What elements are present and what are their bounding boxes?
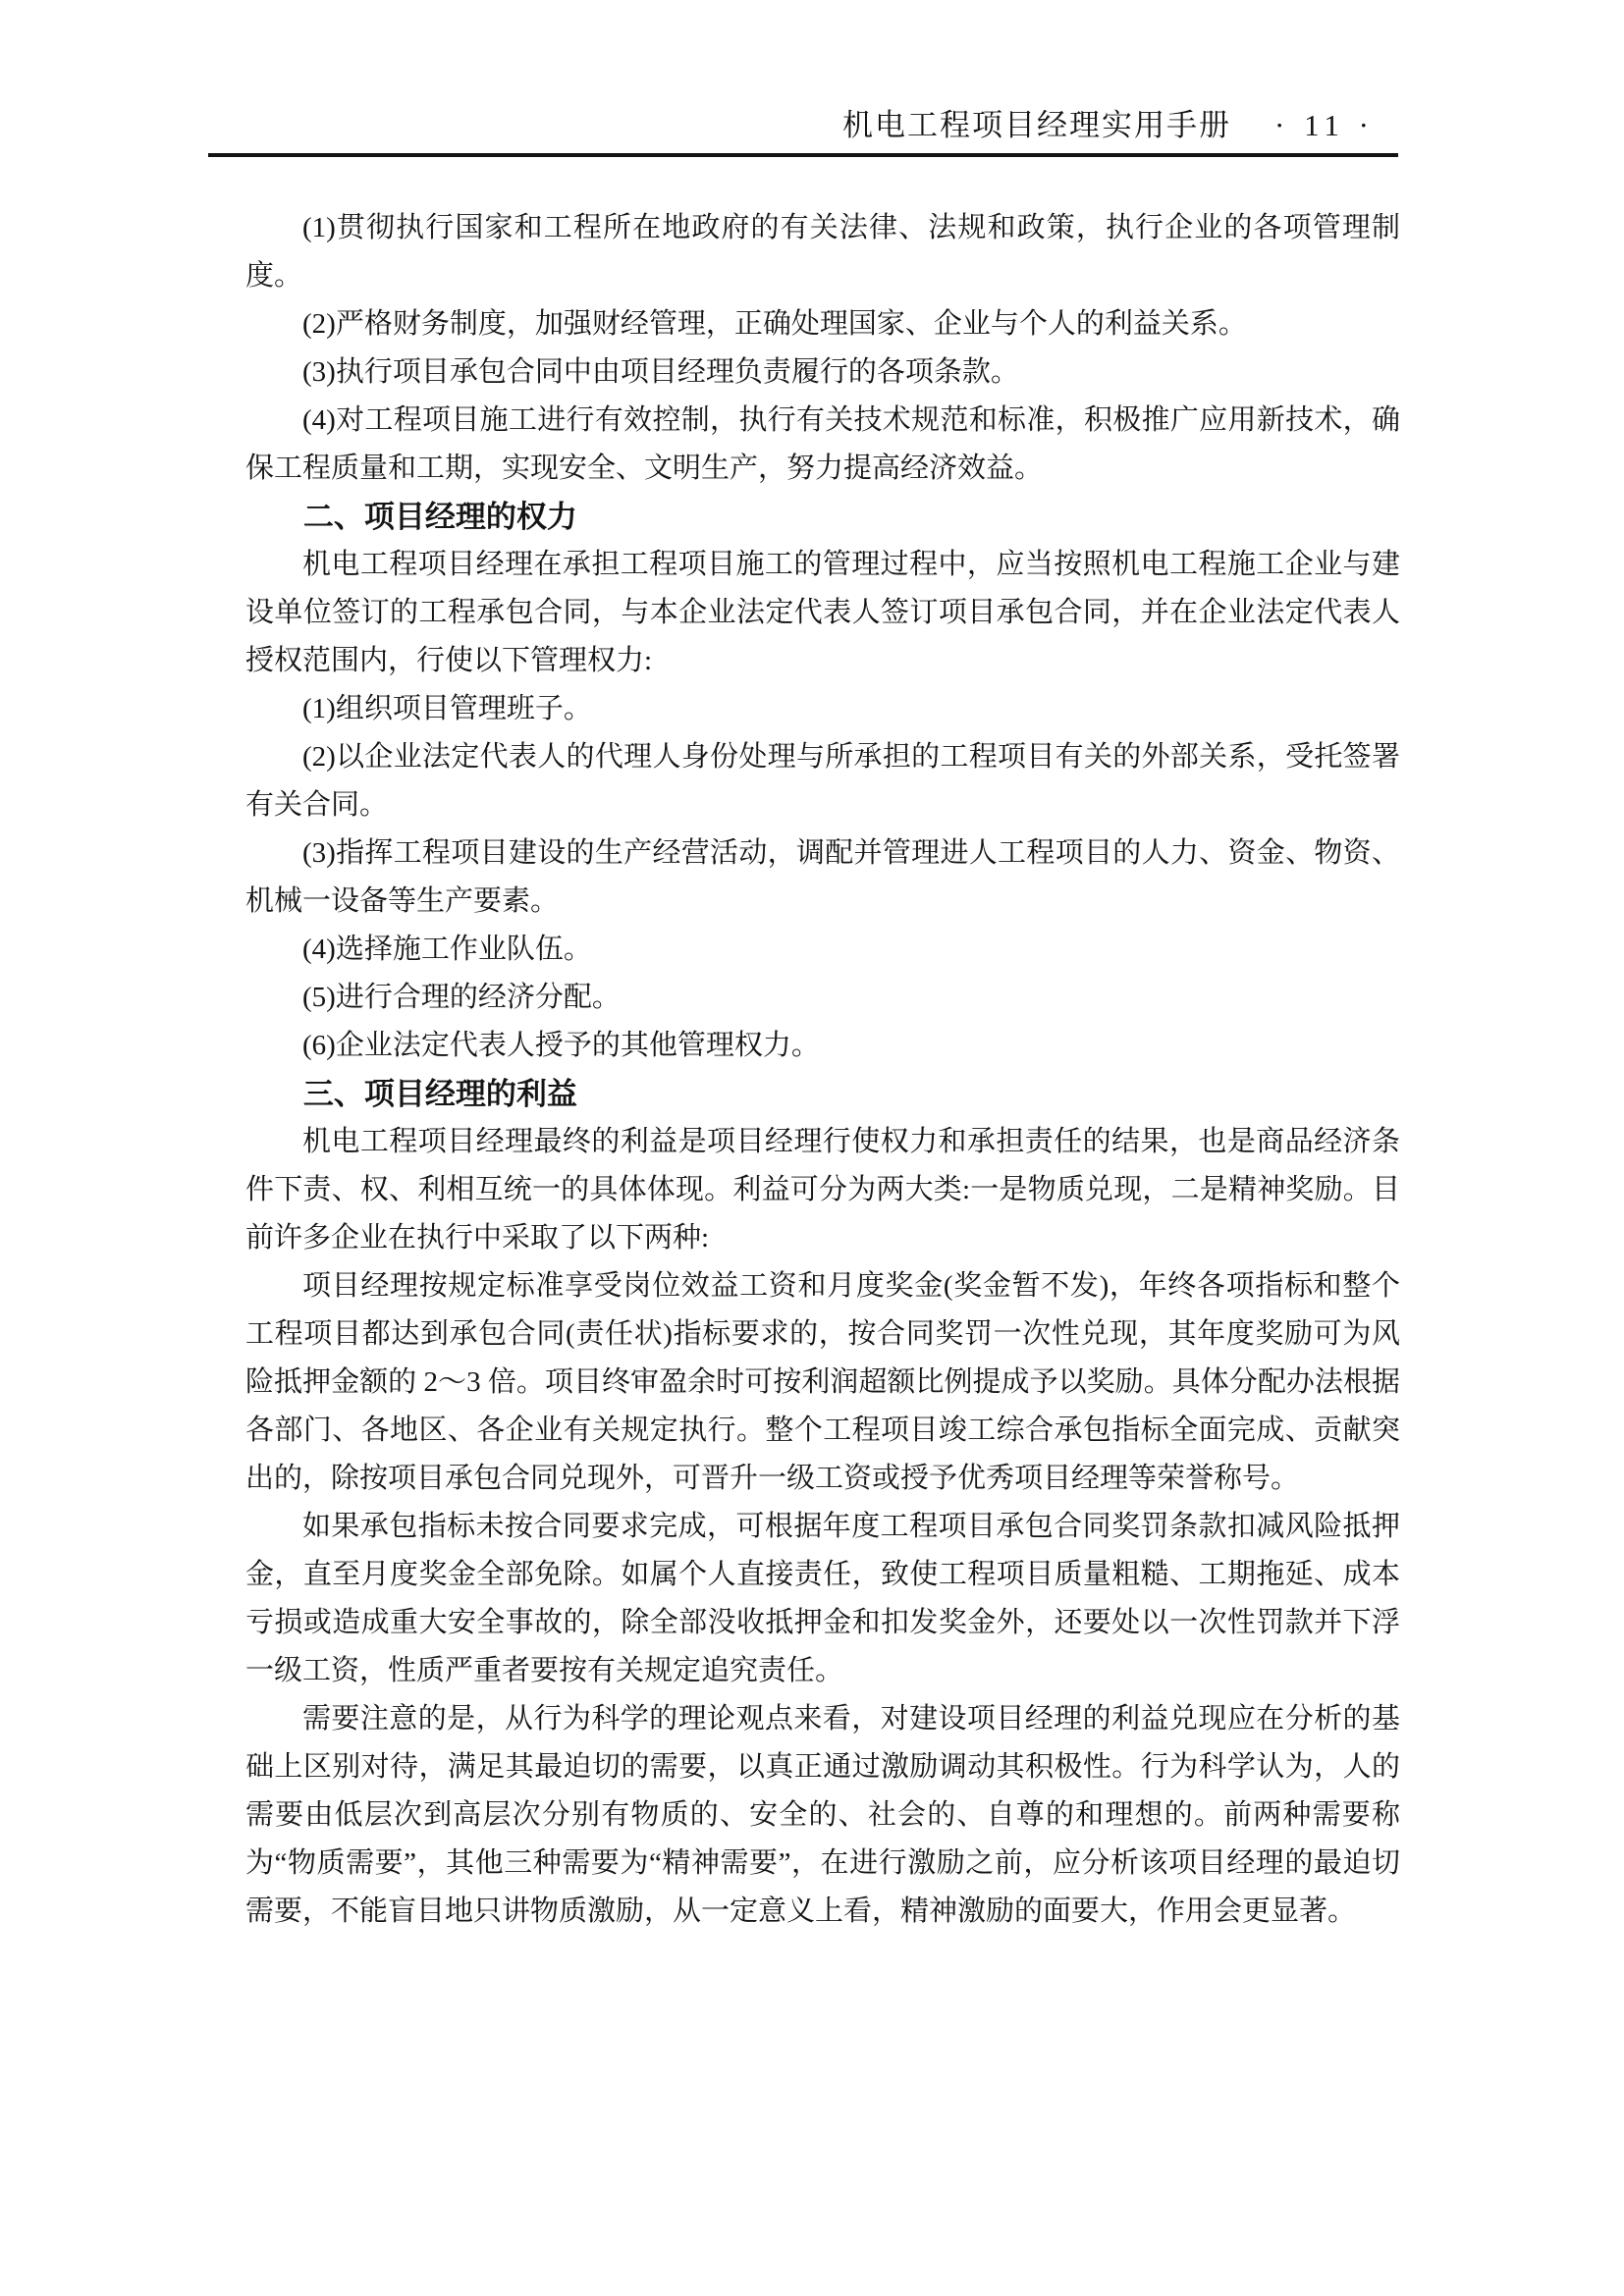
paragraph-benefits-1: 机电工程项目经理最终的利益是项目经理行使权力和承担责任的结果，也是商品经济条件下… xyxy=(245,1118,1400,1262)
paragraph-benefits-3: 如果承包指标未按合同要求完成，可根据年度工程项目承包合同奖罚条款扣减风险抵押金，… xyxy=(245,1503,1400,1695)
page-content: (1)贯彻执行国家和工程所在地政府的有关法律、法规和政策，执行企业的各项管理制度… xyxy=(245,204,1400,1936)
paragraph-power-item-3: (3)指挥工程项目建设的生产经营活动，调配并管理进人工程项目的人力、资金、物资、… xyxy=(245,829,1400,926)
paragraph-list-item-2: (2)严格财务制度，加强财经管理，正确处理国家、企业与个人的利益关系。 xyxy=(245,300,1400,348)
paragraph-power-item-2: (2)以企业法定代表人的代理人身份处理与所承担的工程项目有关的外部关系，受托签署… xyxy=(245,733,1400,829)
paragraph-power-item-4: (4)选择施工作业队伍。 xyxy=(245,926,1400,974)
paragraph-power-item-1: (1)组织项目管理班子。 xyxy=(245,685,1400,733)
paragraph-list-item-3: (3)执行项目承包合同中由项目经理负责履行的各项条款。 xyxy=(245,348,1400,397)
page-number: · 11 · xyxy=(1274,108,1375,142)
book-title: 机电工程项目经理实用手册 xyxy=(842,108,1231,142)
section-heading-powers: 二、项目经理的权力 xyxy=(245,493,1400,541)
paragraph-list-item-4: (4)对工程项目施工进行有效控制，执行有关技术规范和标准，积极推广应用新技术，确… xyxy=(245,397,1400,493)
paragraph-benefits-2: 项目经理按规定标准享受岗位效益工资和月度奖金(奖金暂不发)，年终各项指标和整个工… xyxy=(245,1262,1400,1503)
paragraph-power-item-5: (5)进行合理的经济分配。 xyxy=(245,974,1400,1022)
page-header: 机电工程项目经理实用手册· 11 · xyxy=(208,100,1398,157)
section-heading-benefits: 三、项目经理的利益 xyxy=(245,1070,1400,1118)
paragraph-power-item-6: (6)企业法定代表人授予的其他管理权力。 xyxy=(245,1022,1400,1070)
paragraph-intro-powers: 机电工程项目经理在承担工程项目施工的管理过程中，应当按照机电工程施工企业与建设单… xyxy=(245,541,1400,685)
paragraph-list-item-1: (1)贯彻执行国家和工程所在地政府的有关法律、法规和政策，执行企业的各项管理制度… xyxy=(245,204,1400,300)
paragraph-benefits-4: 需要注意的是，从行为科学的理论观点来看，对建设项目经理的利益兑现应在分析的基础上… xyxy=(245,1695,1400,1936)
